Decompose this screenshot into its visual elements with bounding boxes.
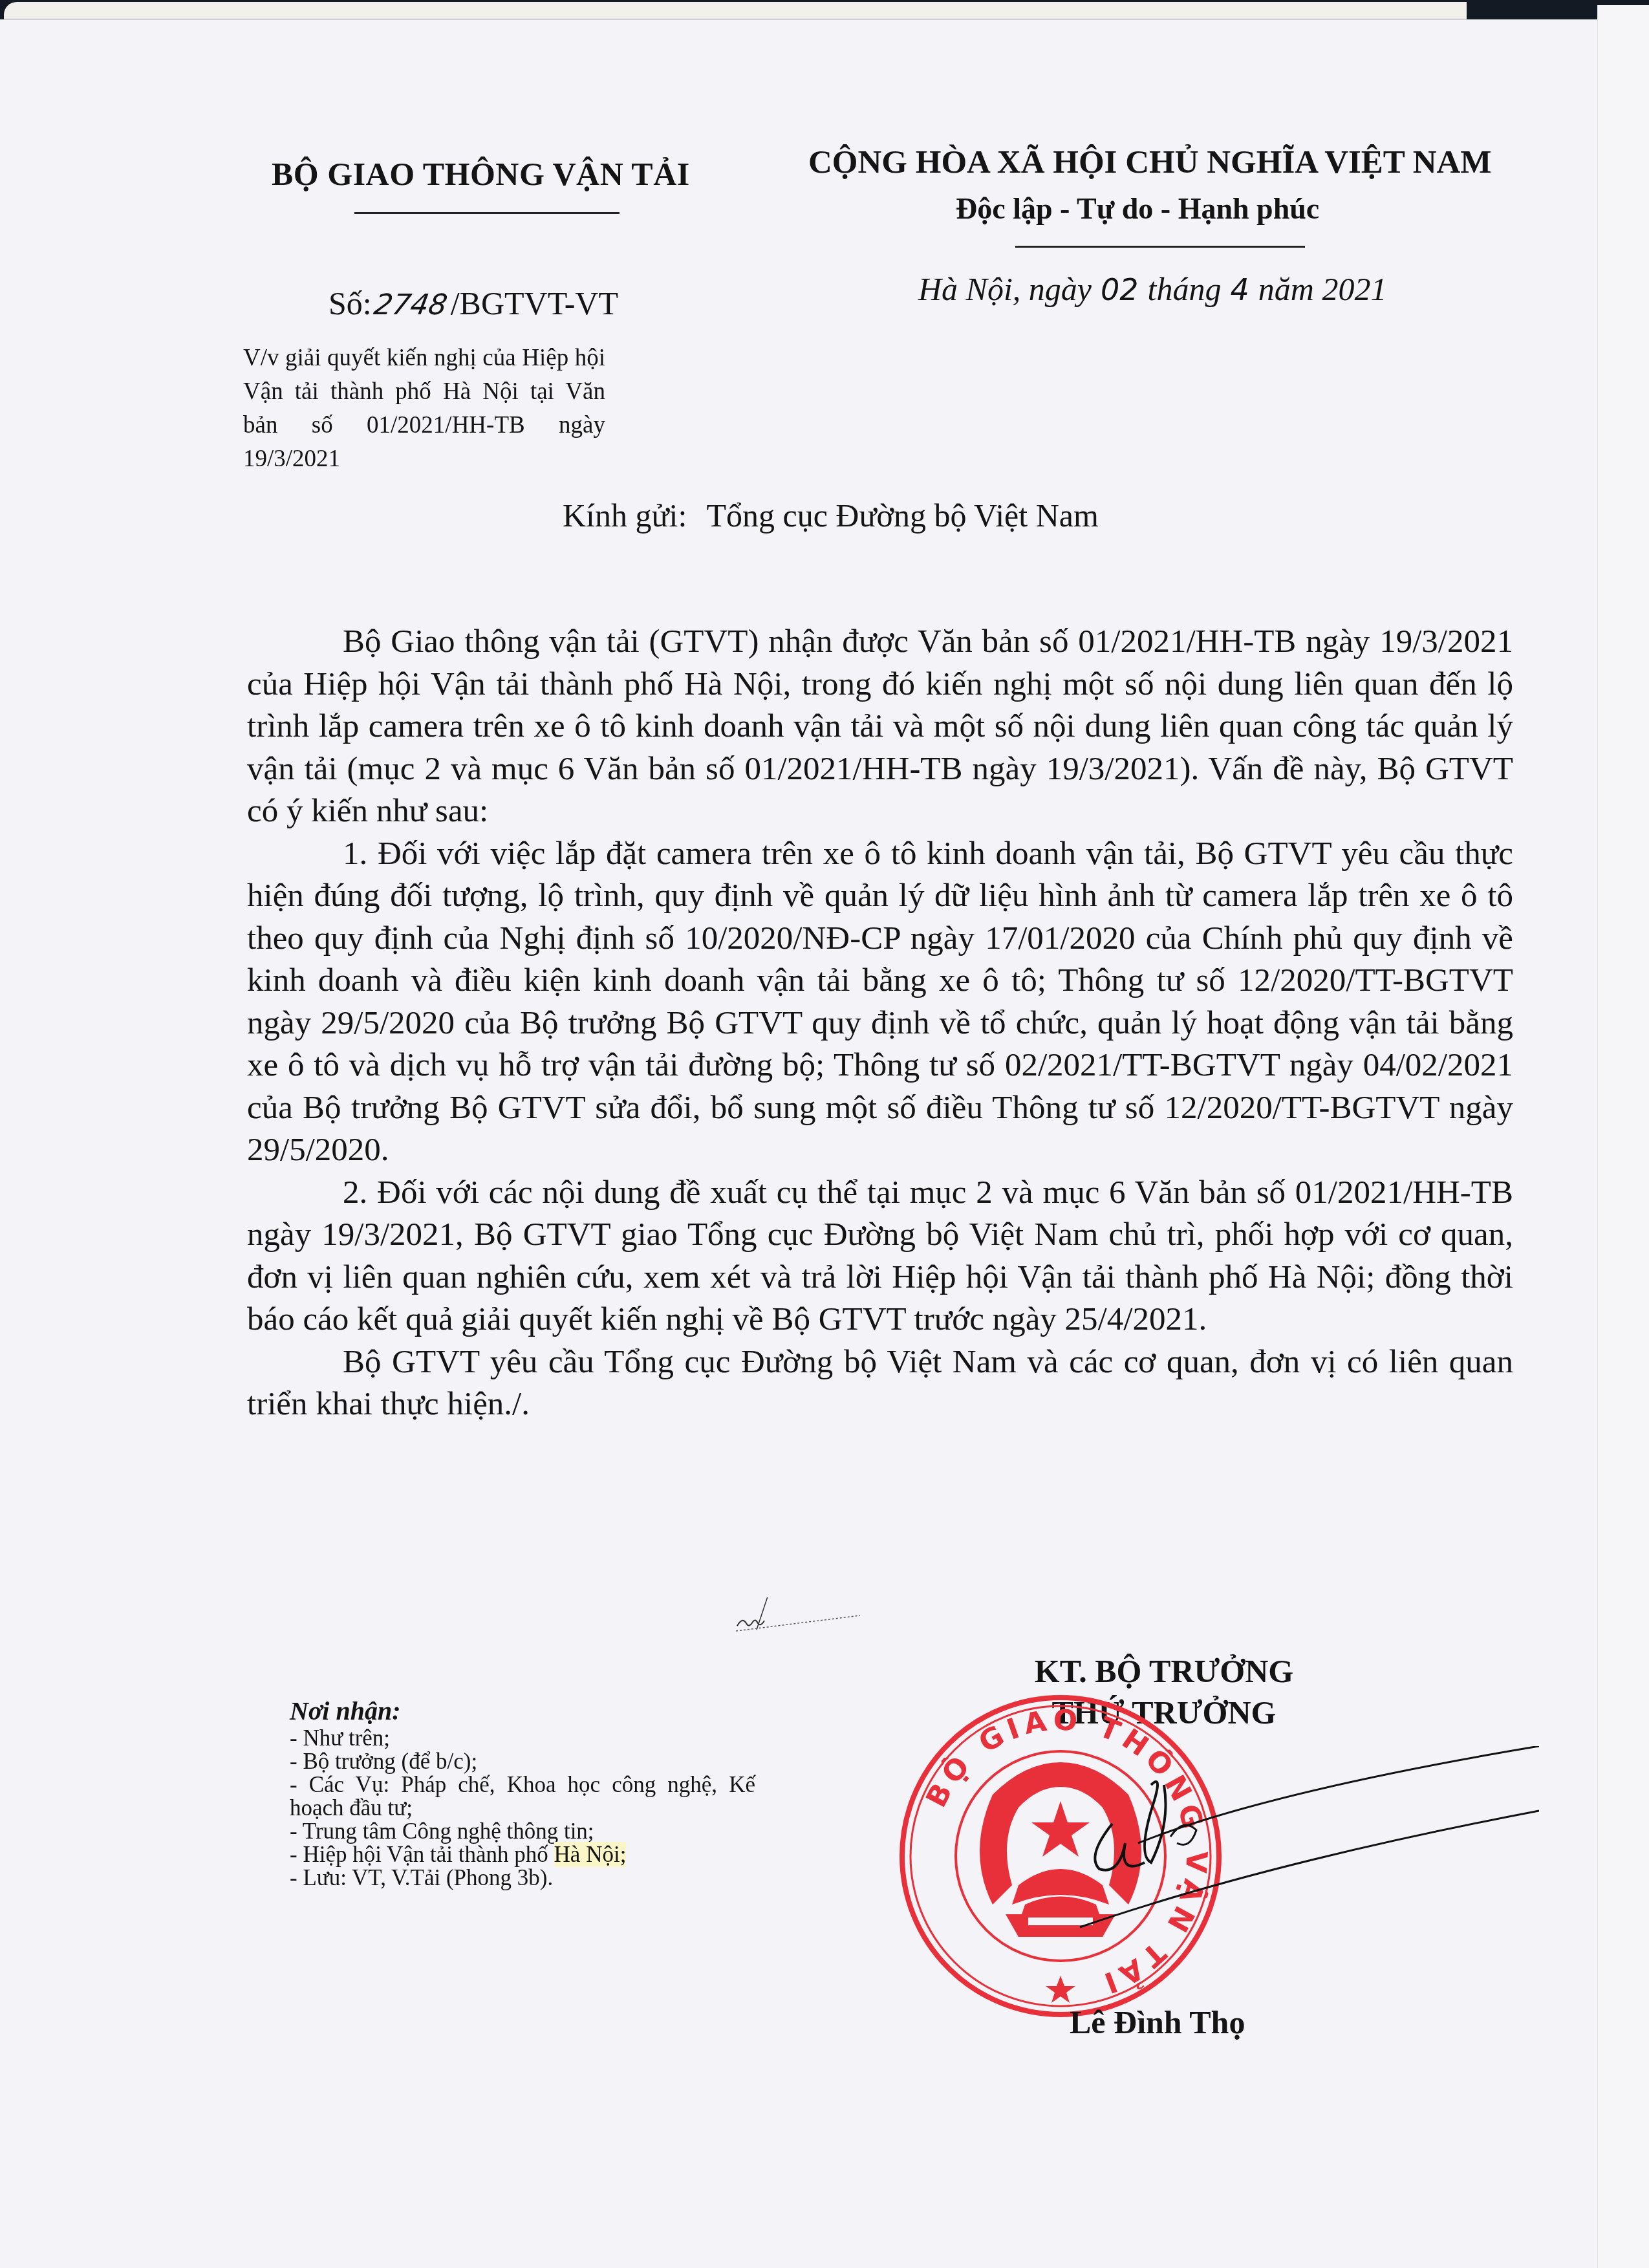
republic-name: CỘNG HÒA XÃ HỘI CHỦ NGHĨA VIỆT NAM <box>808 144 1491 181</box>
document-number-handwritten: 2748 <box>371 288 449 321</box>
recipient-item: - Trung tâm Công nghệ thông tin; <box>290 1820 755 1843</box>
recipient-item: - Như trên; <box>290 1727 755 1750</box>
ministry-underline <box>354 212 620 214</box>
recipient-item-text: - Hiệp hội Vận tải thành phố <box>290 1842 554 1867</box>
letter-body: Bộ Giao thông vận tải (GTVT) nhận được V… <box>247 621 1513 1426</box>
body-paragraph: Bộ Giao thông vận tải (GTVT) nhận được V… <box>247 621 1513 833</box>
addressee: Kính gửi:Tổng cục Đường bộ Việt Nam <box>563 497 1099 534</box>
date-month: 4 <box>1231 272 1249 307</box>
addressee-label: Kính gửi: <box>563 497 687 534</box>
recipient-item: - Hiệp hội Vận tải thành phố Hà Nội; <box>290 1843 755 1866</box>
date-month-label: tháng <box>1148 271 1222 307</box>
subject-line: V/v giải quyết kiến nghị của Hiệp hội Vậ… <box>243 341 605 476</box>
initial-mark-icon <box>731 1597 873 1636</box>
signer-name: Lê Đình Thọ <box>1070 2003 1245 2041</box>
date-place-prefix: Hà Nội, ngày <box>918 271 1092 307</box>
body-paragraph: 2. Đối với các nội dung đề xuất cụ thể t… <box>247 1172 1513 1341</box>
scan-edge-right <box>1597 5 1649 2268</box>
date-year: năm 2021 <box>1258 271 1387 307</box>
body-paragraph: 1. Đối với việc lắp đặt camera trên xe ô… <box>247 833 1513 1172</box>
national-motto: Độc lập - Tự do - Hạnh phúc <box>956 191 1319 226</box>
recipients-list: Nơi nhận: - Như trên; - Bộ trưởng (để b/… <box>290 1700 755 1890</box>
signature-authority: KT. BỘ TRƯỞNG <box>1009 1650 1319 1692</box>
date-day: 02 <box>1101 272 1139 307</box>
recipient-item: - Các Vụ: Pháp chế, Khoa học công nghệ, … <box>290 1773 755 1820</box>
document-number-suffix: /BGTVT-VT <box>451 285 618 321</box>
document-number-prefix: Số: <box>329 285 372 321</box>
body-paragraph: Bộ GTVT yêu cầu Tổng cục Đường bộ Việt N… <box>247 1341 1513 1426</box>
scan-edge-strip <box>4 2 1467 20</box>
star-icon <box>1046 1976 1075 2003</box>
highlighted-text: Hà Nội; <box>554 1842 627 1867</box>
ministry-name: BỘ GIAO THÔNG VẬN TẢI <box>272 155 690 193</box>
scan-edge-top <box>0 0 1649 19</box>
addressee-name: Tổng cục Đường bộ Việt Nam <box>706 497 1098 534</box>
recipient-item: - Bộ trưởng (để b/c); <box>290 1750 755 1773</box>
recipients-title: Nơi nhận: <box>290 1700 755 1723</box>
motto-underline <box>1015 246 1305 248</box>
document-number: Số:2748/BGTVT-VT <box>329 285 618 322</box>
date-line: Hà Nội, ngày02tháng4năm 2021 <box>918 270 1386 308</box>
handwritten-signature <box>1073 1746 1539 1940</box>
recipient-item: - Lưu: VT, V.Tải (Phong 3b). <box>290 1866 755 1890</box>
